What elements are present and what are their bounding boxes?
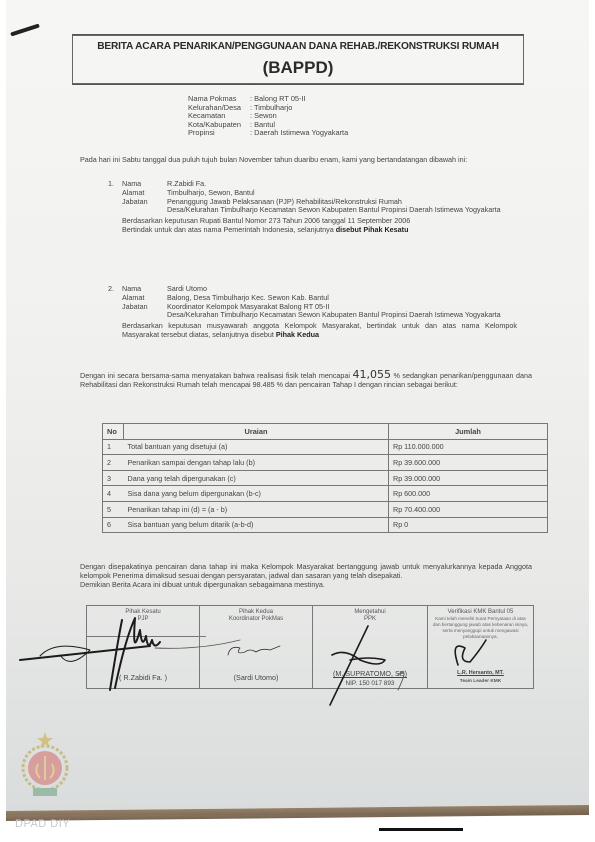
signature-mengetahui: MengetahuiPPK (M. SUPRATOMO, SE) NIP. 15… — [313, 606, 428, 688]
party-two: 2.NamaSardi Utomo AlamatBalong, Desa Tim… — [108, 285, 517, 340]
signature-verifikasi: Verifikasi KMK Bantul 05 Kami telah mene… — [428, 606, 533, 688]
meta-row: PropinsiDaerah Istimewa Yogyakarta — [188, 129, 348, 138]
table-row: 4Sisa dana yang belum dipergunakan (b-c)… — [103, 486, 548, 502]
table-row: 5Penarikan tahap ini (d) = (a - b)Rp 70.… — [103, 501, 548, 517]
table-row: 2Penarikan sampai dengan tahap lalu (b)R… — [103, 455, 548, 471]
signature-divider — [86, 636, 206, 637]
document-title-box: BERITA ACARA PENARIKAN/PENGGUNAAN DANA R… — [72, 34, 524, 85]
watermark: DPAD DIY — [15, 818, 70, 830]
closing-final: Demikian Berita Acara ini dibuat untuk d… — [80, 581, 532, 590]
signature-pihak-kedua: Pihak KeduaKoordinator PokMas (Sardi Uto… — [200, 606, 313, 688]
closing-paragraph: Dengan disepakatinya pencairan dana taha… — [80, 563, 532, 589]
signature-pihak-kesatu: Pihak KesatuPJP ( R.Zabidi Fa. ) — [87, 606, 200, 688]
document-title: BERITA ACARA PENARIKAN/PENGGUNAAN DANA R… — [72, 41, 524, 52]
signature-table: Pihak KesatuPJP ( R.Zabidi Fa. ) Pihak K… — [86, 605, 534, 689]
table-row: 3Dana yang telah dipergunakan (c)Rp 39.0… — [103, 470, 548, 486]
scroll-indicator — [379, 828, 463, 831]
document-subtitle: (BAPPD) — [72, 58, 524, 78]
pokmas-info: Nama PokmasBalong RT 05-II Kelurahan/Des… — [188, 95, 348, 138]
table-row: 1Total bantuan yang disetujui (a)Rp 110.… — [103, 439, 548, 455]
party-one: 1.NamaR.Zabidi Fa. AlamatTimbulharjo, Se… — [108, 180, 517, 235]
intro-paragraph: Pada hari ini Sabtu tanggal dua puluh tu… — [80, 156, 532, 165]
table-row: 6Sisa bantuan yang belum ditarik (a-b-d)… — [103, 517, 548, 533]
statement-paragraph: Dengan ini secara bersama-sama menyataka… — [80, 371, 532, 390]
fund-table: No Uraian Jumlah 1Total bantuan yang dis… — [102, 423, 548, 533]
government-emblem-icon — [16, 730, 74, 802]
